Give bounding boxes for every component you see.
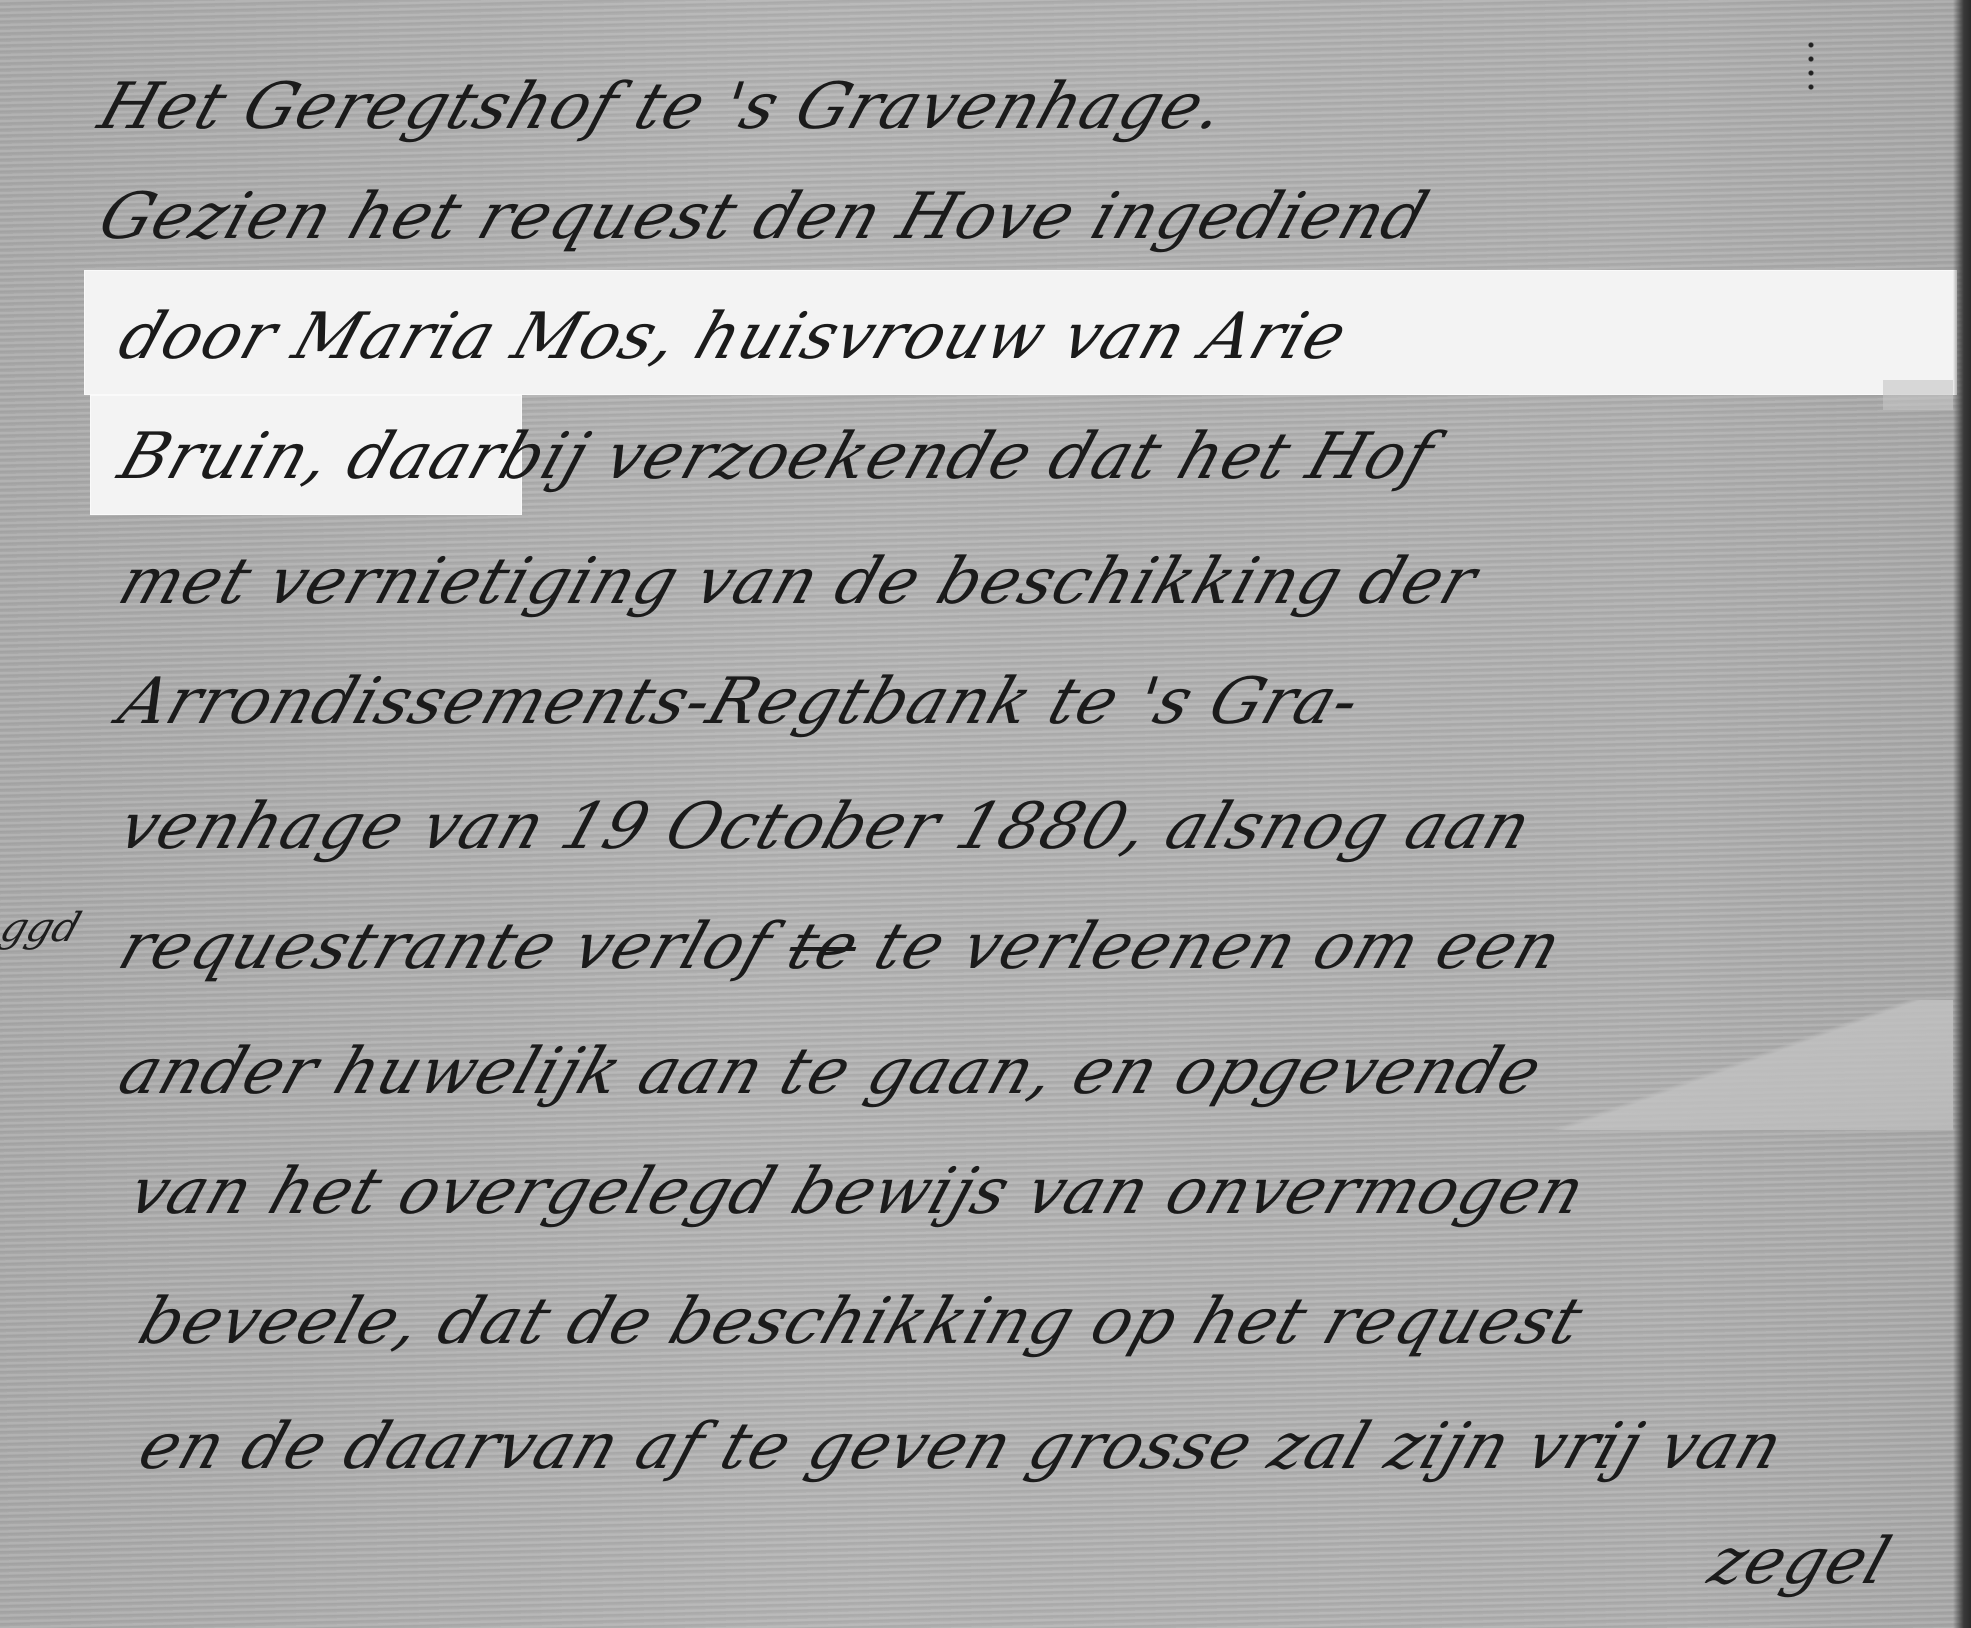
line-13-zegel: zegel bbox=[1700, 1525, 1900, 1599]
line-5: met vernietiging van de beschikking der bbox=[110, 545, 1486, 619]
line-11: beveele, dat de beschikking op het reque… bbox=[130, 1285, 1592, 1359]
paper-tear-top bbox=[1883, 380, 1953, 410]
line-8: requestrante verlof te te verleenen om e… bbox=[110, 910, 1571, 984]
line-4-rest: daarbij verzoekende dat het Hof bbox=[317, 420, 1443, 494]
line-6: Arrondissements-Regtbank te 's Gra- bbox=[110, 665, 1370, 739]
line-3-highlighted: door Maria Mos, huisvrouw van Arie bbox=[110, 300, 1356, 374]
line-2: Gezien het request den Hove ingediend bbox=[90, 180, 1437, 254]
document-page: Het Geregtshof te 's Gravenhage. Gezien … bbox=[0, 0, 1971, 1628]
line-10: van het overgelegd bewijs van onvermogen bbox=[120, 1155, 1594, 1229]
line-9: ander huwelijk aan te gaan, en opgevende bbox=[110, 1035, 1551, 1109]
line-7-date: venhage van 19 October 1880, alsnog aan bbox=[110, 790, 1540, 864]
line-4-surname-highlighted: Bruin, bbox=[110, 420, 341, 494]
line-4: Bruin, daarbij verzoekende dat het Hof bbox=[110, 420, 1443, 494]
page-edge-shadow bbox=[1953, 0, 1971, 1628]
line-12: en de daarvan af te geven grosse zal zij… bbox=[130, 1410, 1792, 1484]
margin-note: ggd bbox=[0, 905, 86, 951]
line-8-part-b: te verleenen om een bbox=[844, 910, 1570, 984]
ink-dots-mark bbox=[1808, 38, 1814, 98]
line-8-part-a: requestrante verlof bbox=[110, 910, 803, 984]
line-1-heading: Het Geregtshof te 's Gravenhage. bbox=[90, 70, 1235, 144]
paper-tear bbox=[1533, 1000, 1953, 1130]
